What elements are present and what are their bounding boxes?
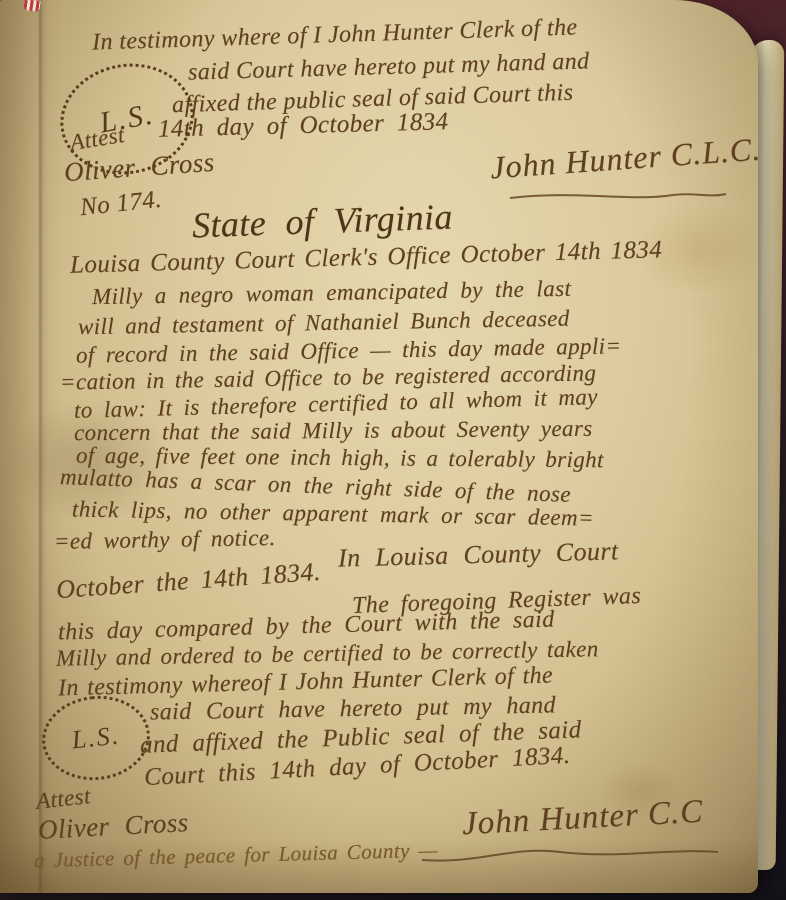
binding-thread [23,0,40,12]
register-body-line6: concern that the said Milly is about Sev… [74,416,593,447]
seal-ls-label-bottom: L.S. [70,721,121,756]
signature-flourish-top [508,186,728,206]
register-body-line10: =ed worthy of notice. [54,525,276,555]
signature-flourish-bottom [420,840,720,866]
